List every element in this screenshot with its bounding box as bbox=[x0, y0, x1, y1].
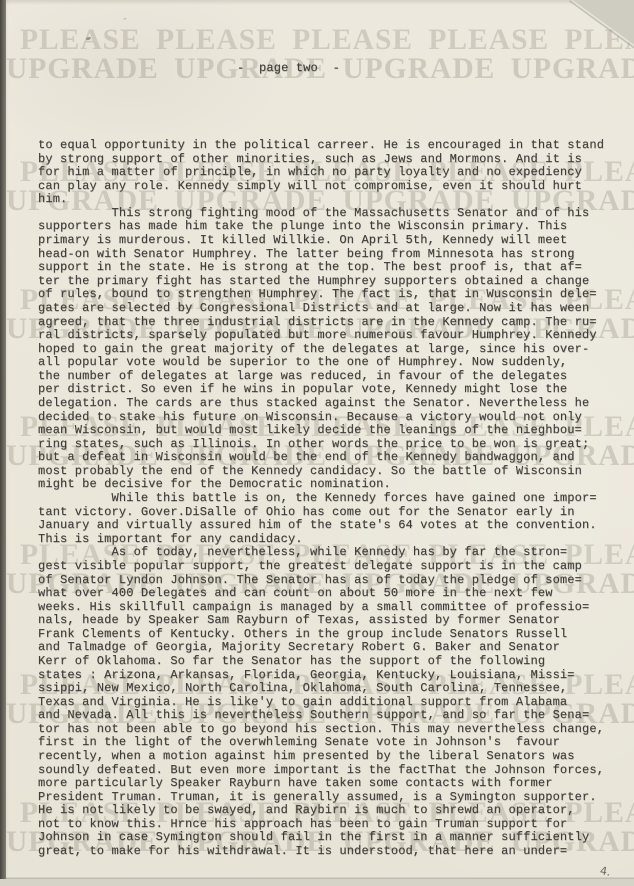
scanned-document-page: PLEASE PLEASE PLEASE PLEASE PLEASE- UPGR… bbox=[0, 0, 634, 886]
watermark-please-text: PLEASE PLEASE PLEASE PLEASE PLEASE- bbox=[0, 26, 634, 55]
paper-bottom-edge bbox=[6, 876, 634, 879]
paper-sheet: PLEASE PLEASE PLEASE PLEASE PLEASE- UPGR… bbox=[0, 0, 634, 886]
pencil-specks bbox=[86, 36, 92, 41]
watermark-row: PLEASE PLEASE PLEASE PLEASE PLEASE- UPGR… bbox=[0, 26, 634, 84]
scan-bottom-strip bbox=[0, 879, 634, 886]
document-body-text: to equal opportunity in the political ca… bbox=[38, 139, 604, 859]
page-header: - page two - bbox=[237, 61, 340, 75]
